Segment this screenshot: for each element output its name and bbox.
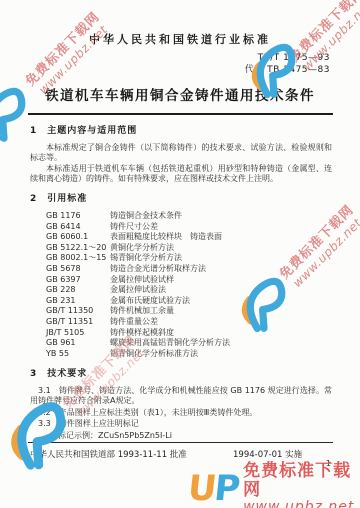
standard-code: GB 1176 [46, 211, 110, 222]
standard-code: GB 961 [46, 338, 110, 349]
document-page: 中华人民共和国铁道行业标准 TB/T 1475—93 代替 TB 1475—83… [0, 0, 360, 508]
standard-number: TB/T 1475—93 [245, 53, 330, 65]
standard-title: 表面粗糙度比较样块 铸造表面 [110, 232, 222, 241]
marking-example: 标记示例：ZCuSn5Pb5Zn5Ⅰ-Li [30, 431, 332, 442]
standard-code: GB 231 [46, 296, 110, 307]
up-logo-letters: UP [186, 469, 240, 508]
clause-3-2: 3.2 产品图样上应标注类别（表1），未注明按Ⅲ类铸件处理。 [30, 408, 332, 419]
standard-code: GB/T 11350 [46, 306, 110, 317]
standard-row: GB 5678铸造合金光谱分析取样方法 [30, 264, 332, 275]
section-1-heading: 1 主题内容与适用范围 [30, 126, 332, 137]
brand-text-block: 免费标准下载网 www.upbz.net [243, 462, 360, 508]
standard-title: 金属拉伸试验试样 [110, 275, 174, 284]
standard-title: 金属拉伸试验法 [110, 285, 166, 294]
standard-code: GB/T 11351 [46, 317, 110, 328]
section-1-paragraph-2: 本标准适用于铁道机车车辆（包括铁道起重机）用砂型和特种铸造（金属型、连续和离心铸… [30, 164, 332, 185]
replaced-standard: 代替 TB 1475—83 [245, 65, 330, 77]
document-body: 1 主题内容与适用范围 本标准规定了铜合金铸件（以下简称铸件）的技术要求、试验方… [30, 124, 332, 441]
approval-note: 中华人民共和国铁道部 1993-11-11 批准 [30, 448, 187, 460]
brand-site-url: www.upbz.net [243, 500, 360, 508]
standard-title: 铸件重量公差 [110, 317, 158, 326]
standard-title: 铸件尺寸公差 [110, 222, 158, 231]
effective-date: 1994-07-01 实施 [233, 448, 302, 460]
standard-title: 铝青铜化学分析标准方法 [110, 349, 198, 358]
clause-3-3: 3.3 铸件图样上应注明标记 [30, 419, 332, 430]
footer-divider [28, 442, 333, 443]
standard-title: 铸造合金光谱分析取样方法 [110, 264, 206, 273]
section-3-heading: 3 技术要求 [30, 369, 332, 380]
standard-title: 铸件机械加工余量 [110, 306, 174, 315]
title-divider [28, 113, 333, 115]
standard-row: GB 231金属布氏硬度试验方法 [30, 296, 332, 307]
standard-title: 锡青铜化学分析方法 [110, 253, 182, 262]
standard-row: GB 6414铸件尺寸公差 [30, 222, 332, 233]
standard-code: GB 6414 [46, 222, 110, 233]
standard-code: GB 6397 [46, 275, 110, 286]
clause-3-1: 3.1 铸件牌号、铸造方法、化学成分和机械性能应按 GB 1176 规定进行选择… [30, 386, 332, 407]
standard-row: GB 1176铸造铜合金技术条件 [30, 211, 332, 222]
brand-site-name: 免费标准下载网 [243, 462, 360, 500]
standard-title: 铸造铜合金技术条件 [110, 211, 182, 220]
standard-row: GB 6397金属拉伸试验试样 [30, 275, 332, 286]
standard-row: GB 228金属拉伸试验法 [30, 285, 332, 296]
standard-row: GB 961螺旋桨用高锰铝青铜化学分析方法 [30, 338, 332, 349]
standard-code: GB 5122.1～20 [46, 243, 110, 254]
upbz-brand-logo: UP 免费标准下载网 www.upbz.net [188, 462, 360, 508]
logo-letter-p: P [212, 469, 240, 508]
standard-row: JB/T 5105铸件模样起模斜度 [30, 328, 332, 339]
standard-code: YB 55 [46, 349, 110, 360]
standard-row: GB 8002.1～15锡青铜化学分析方法 [30, 253, 332, 264]
standard-code: GB 5678 [46, 264, 110, 275]
referenced-standards-list: GB 1176铸造铜合金技术条件GB 6414铸件尺寸公差GB 6060.1表面… [30, 211, 332, 359]
standard-title: 黄铜化学分析方法 [110, 243, 174, 252]
standard-org-title: 中华人民共和国铁道行业标准 [0, 31, 360, 47]
document-title: 铁道机车车辆用铜合金铸件通用技术条件 [0, 84, 360, 104]
standard-title: 铸件模样起模斜度 [110, 328, 174, 337]
section-2-heading: 2 引用标准 [30, 194, 332, 205]
standard-row: GB 6060.1表面粗糙度比较样块 铸造表面 [30, 232, 332, 243]
standard-row: YB 55铝青铜化学分析标准方法 [30, 349, 332, 360]
standard-title: 金属布氏硬度试验方法 [110, 296, 190, 305]
standard-row: GB 5122.1～20黄铜化学分析方法 [30, 243, 332, 254]
standard-number-block: TB/T 1475—93 代替 TB 1475—83 [245, 53, 330, 76]
standard-title: 螺旋桨用高锰铝青铜化学分析方法 [110, 338, 230, 347]
standard-row: GB/T 11351铸件重量公差 [30, 317, 332, 328]
standard-code: GB 6060.1 [46, 232, 110, 243]
standard-row: GB/T 11350铸件机械加工余量 [30, 306, 332, 317]
standard-code: GB 228 [46, 285, 110, 296]
standard-code: JB/T 5105 [46, 328, 110, 339]
standard-code: GB 8002.1～15 [46, 253, 110, 264]
section-1-paragraph-1: 本标准规定了铜合金铸件（以下简称铸件）的技术要求、试验方法、检验规则和标志等。 [30, 143, 332, 164]
